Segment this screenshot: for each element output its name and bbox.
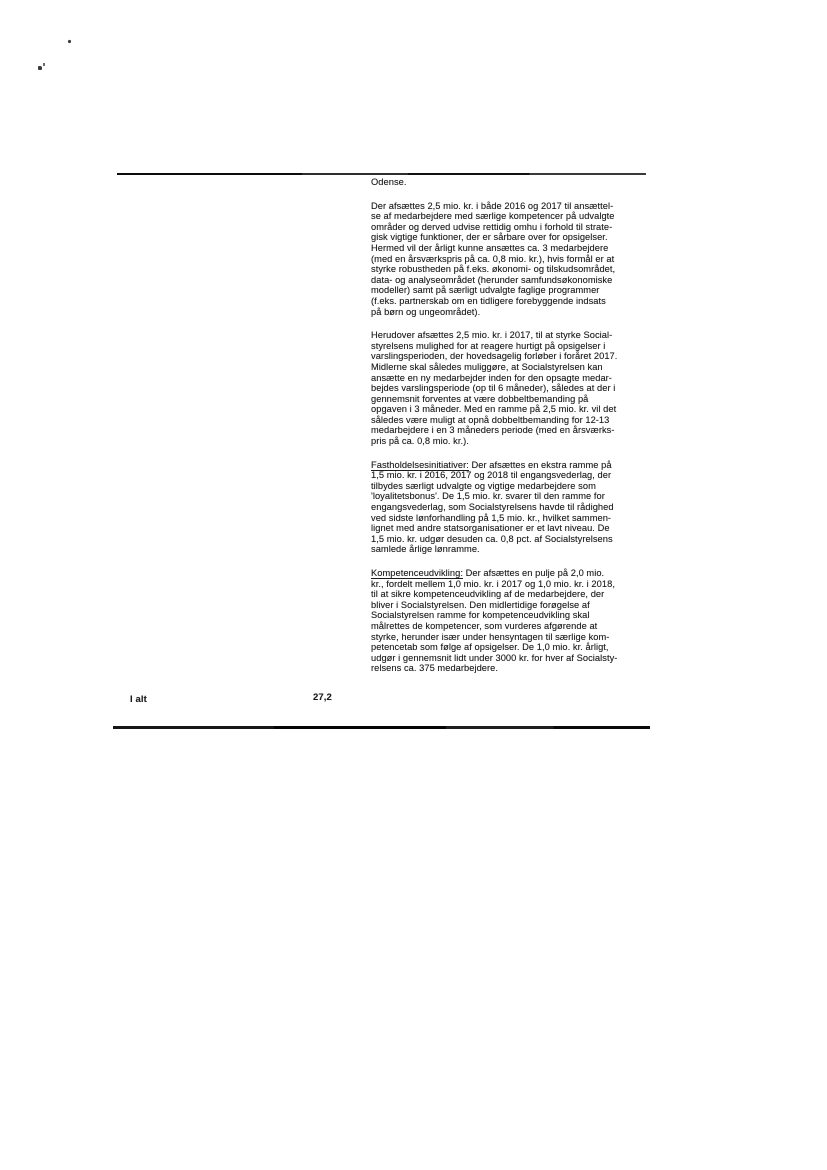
scanned-document-page: Odense. Der afsættes 2,5 mio. kr. i både… [0,0,827,1170]
total-row-label: I alt [130,694,147,705]
competence-development-heading: Kompetenceudvikling: [371,568,463,578]
paragraph-location: Odense. [371,177,671,188]
total-row-value: 27,2 [313,692,332,703]
table-top-rule [117,173,646,175]
scan-artifact-speck [68,40,72,44]
table-bottom-rule [113,726,650,729]
paragraph-notice-period-funds: Herudover afsættes 2,5 mio. kr. i 2017, … [371,330,671,447]
paragraph-hiring-funds: Der afsættes 2,5 mio. kr. i både 2016 og… [371,201,671,318]
paragraph-competence-development: Kompetenceudvikling: Der afsættes en pul… [371,568,671,674]
retention-initiatives-body: Der afsættes en ekstra ramme på 1,5 mio.… [371,460,614,555]
competence-development-body: Der afsættes en pulje på 2,0 mio. kr., f… [371,568,617,673]
table-description-column: Odense. Der afsættes 2,5 mio. kr. i både… [371,177,671,687]
paragraph-retention-initiatives: Fastholdelsesinitiativer: Der afsættes e… [371,460,671,555]
scan-artifact-speck [43,63,45,66]
scan-artifact-speck [38,66,42,70]
retention-initiatives-heading: Fastholdelsesinitiativer: [371,460,469,470]
